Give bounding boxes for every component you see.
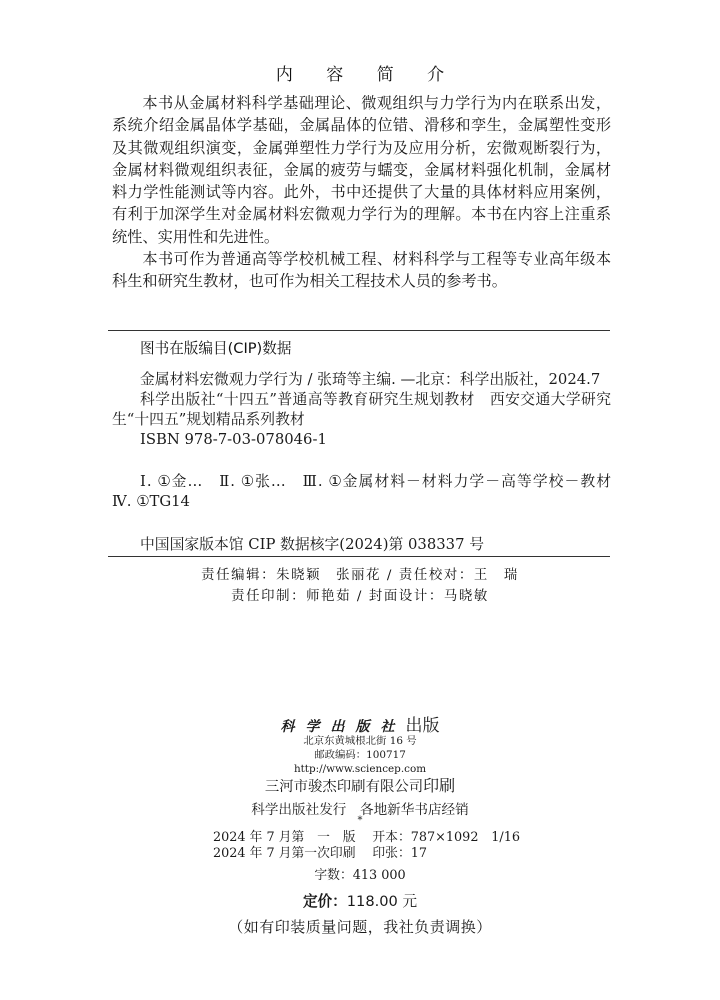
summary-paragraph-2: 本书可作为普通高等学校机械工程、材料科学与工程等专业高年级本科生和研究生教材，也… [112, 248, 611, 293]
editor-credits: 责任编辑：朱晓颖 张丽花 / 责任校对：王 瑞 [0, 564, 720, 583]
cip-top-rule [108, 330, 610, 331]
price-label: 定价： [303, 893, 347, 910]
edition-line: 2024 年 7 月第 一 版 开本：787×1092 1/16 [213, 830, 520, 846]
cip-classification: Ⅰ. ①金… Ⅱ. ①张… Ⅲ. ①金属材料－材料力学－高等学校－教材 Ⅳ. ①… [112, 472, 611, 512]
price-value: 118.00 元 [347, 893, 417, 910]
cip-description: 金属材料宏微观力学行为 / 张琦等主编. —北京：科学出版社，2024.7 科学… [112, 370, 611, 450]
copyright-page: 内 容 简 介 本书从金属材料科学基础理论、微观组织与力学行为内在联系出发，系统… [0, 0, 720, 1000]
cip-bottom-rule [108, 556, 610, 557]
word-count: 字数：413 000 [0, 864, 720, 883]
quality-notice: （如有印装质量问题，我社负责调换） [0, 916, 720, 937]
publisher-name: 科学出版社出版 [0, 711, 720, 736]
printing-line: 2024 年 7 月第一次印刷 印张：17 [213, 846, 427, 862]
cip-series-line: 科学出版社“十四五”普通高等教育研究生规划教材 西安交通大学研究生“十四五”规划… [112, 390, 611, 430]
publisher-postcode: 邮政编码：100717 [0, 748, 720, 763]
printer-info: 三河市骏杰印刷有限公司印刷 [0, 773, 720, 796]
printer-suffix: 印刷 [423, 776, 455, 795]
cip-verification-text: 中国国家版本馆 CIP 数据核字(2024)第 038337 号 [112, 535, 611, 555]
summary-body: 本书从金属材料科学基础理论、微观组织与力学行为内在联系出发，系统介绍金属晶体学基… [112, 92, 611, 293]
price: 定价：118.00 元 [0, 890, 720, 911]
publisher-logo: 科学出版社 [281, 719, 406, 735]
summary-paragraph-1: 本书从金属材料科学基础理论、微观组织与力学行为内在联系出发，系统介绍金属晶体学基… [112, 92, 611, 248]
separator-star: * [0, 815, 720, 826]
cip-verification: 中国国家版本馆 CIP 数据核字(2024)第 038337 号 [112, 535, 611, 555]
cip-title-line: 金属材料宏微观力学行为 / 张琦等主编. —北京：科学出版社，2024.7 [112, 370, 611, 390]
cip-classification-text: Ⅰ. ①金… Ⅱ. ①张… Ⅲ. ①金属材料－材料力学－高等学校－教材 Ⅳ. ①… [112, 472, 611, 512]
production-credits: 责任印制：师艳茹 / 封面设计：马晓敏 [0, 585, 720, 604]
cip-heading: 图书在版编目(CIP)数据 [140, 337, 291, 358]
printer-name: 三河市骏杰印刷有限公司 [265, 779, 423, 795]
publisher-address: 北京东黄城根北街 16 号 [0, 734, 720, 749]
summary-title: 内 容 简 介 [0, 60, 720, 85]
publisher-suffix: 出版 [406, 716, 440, 736]
cip-isbn-line: ISBN 978-7-03-078046-1 [112, 430, 611, 450]
